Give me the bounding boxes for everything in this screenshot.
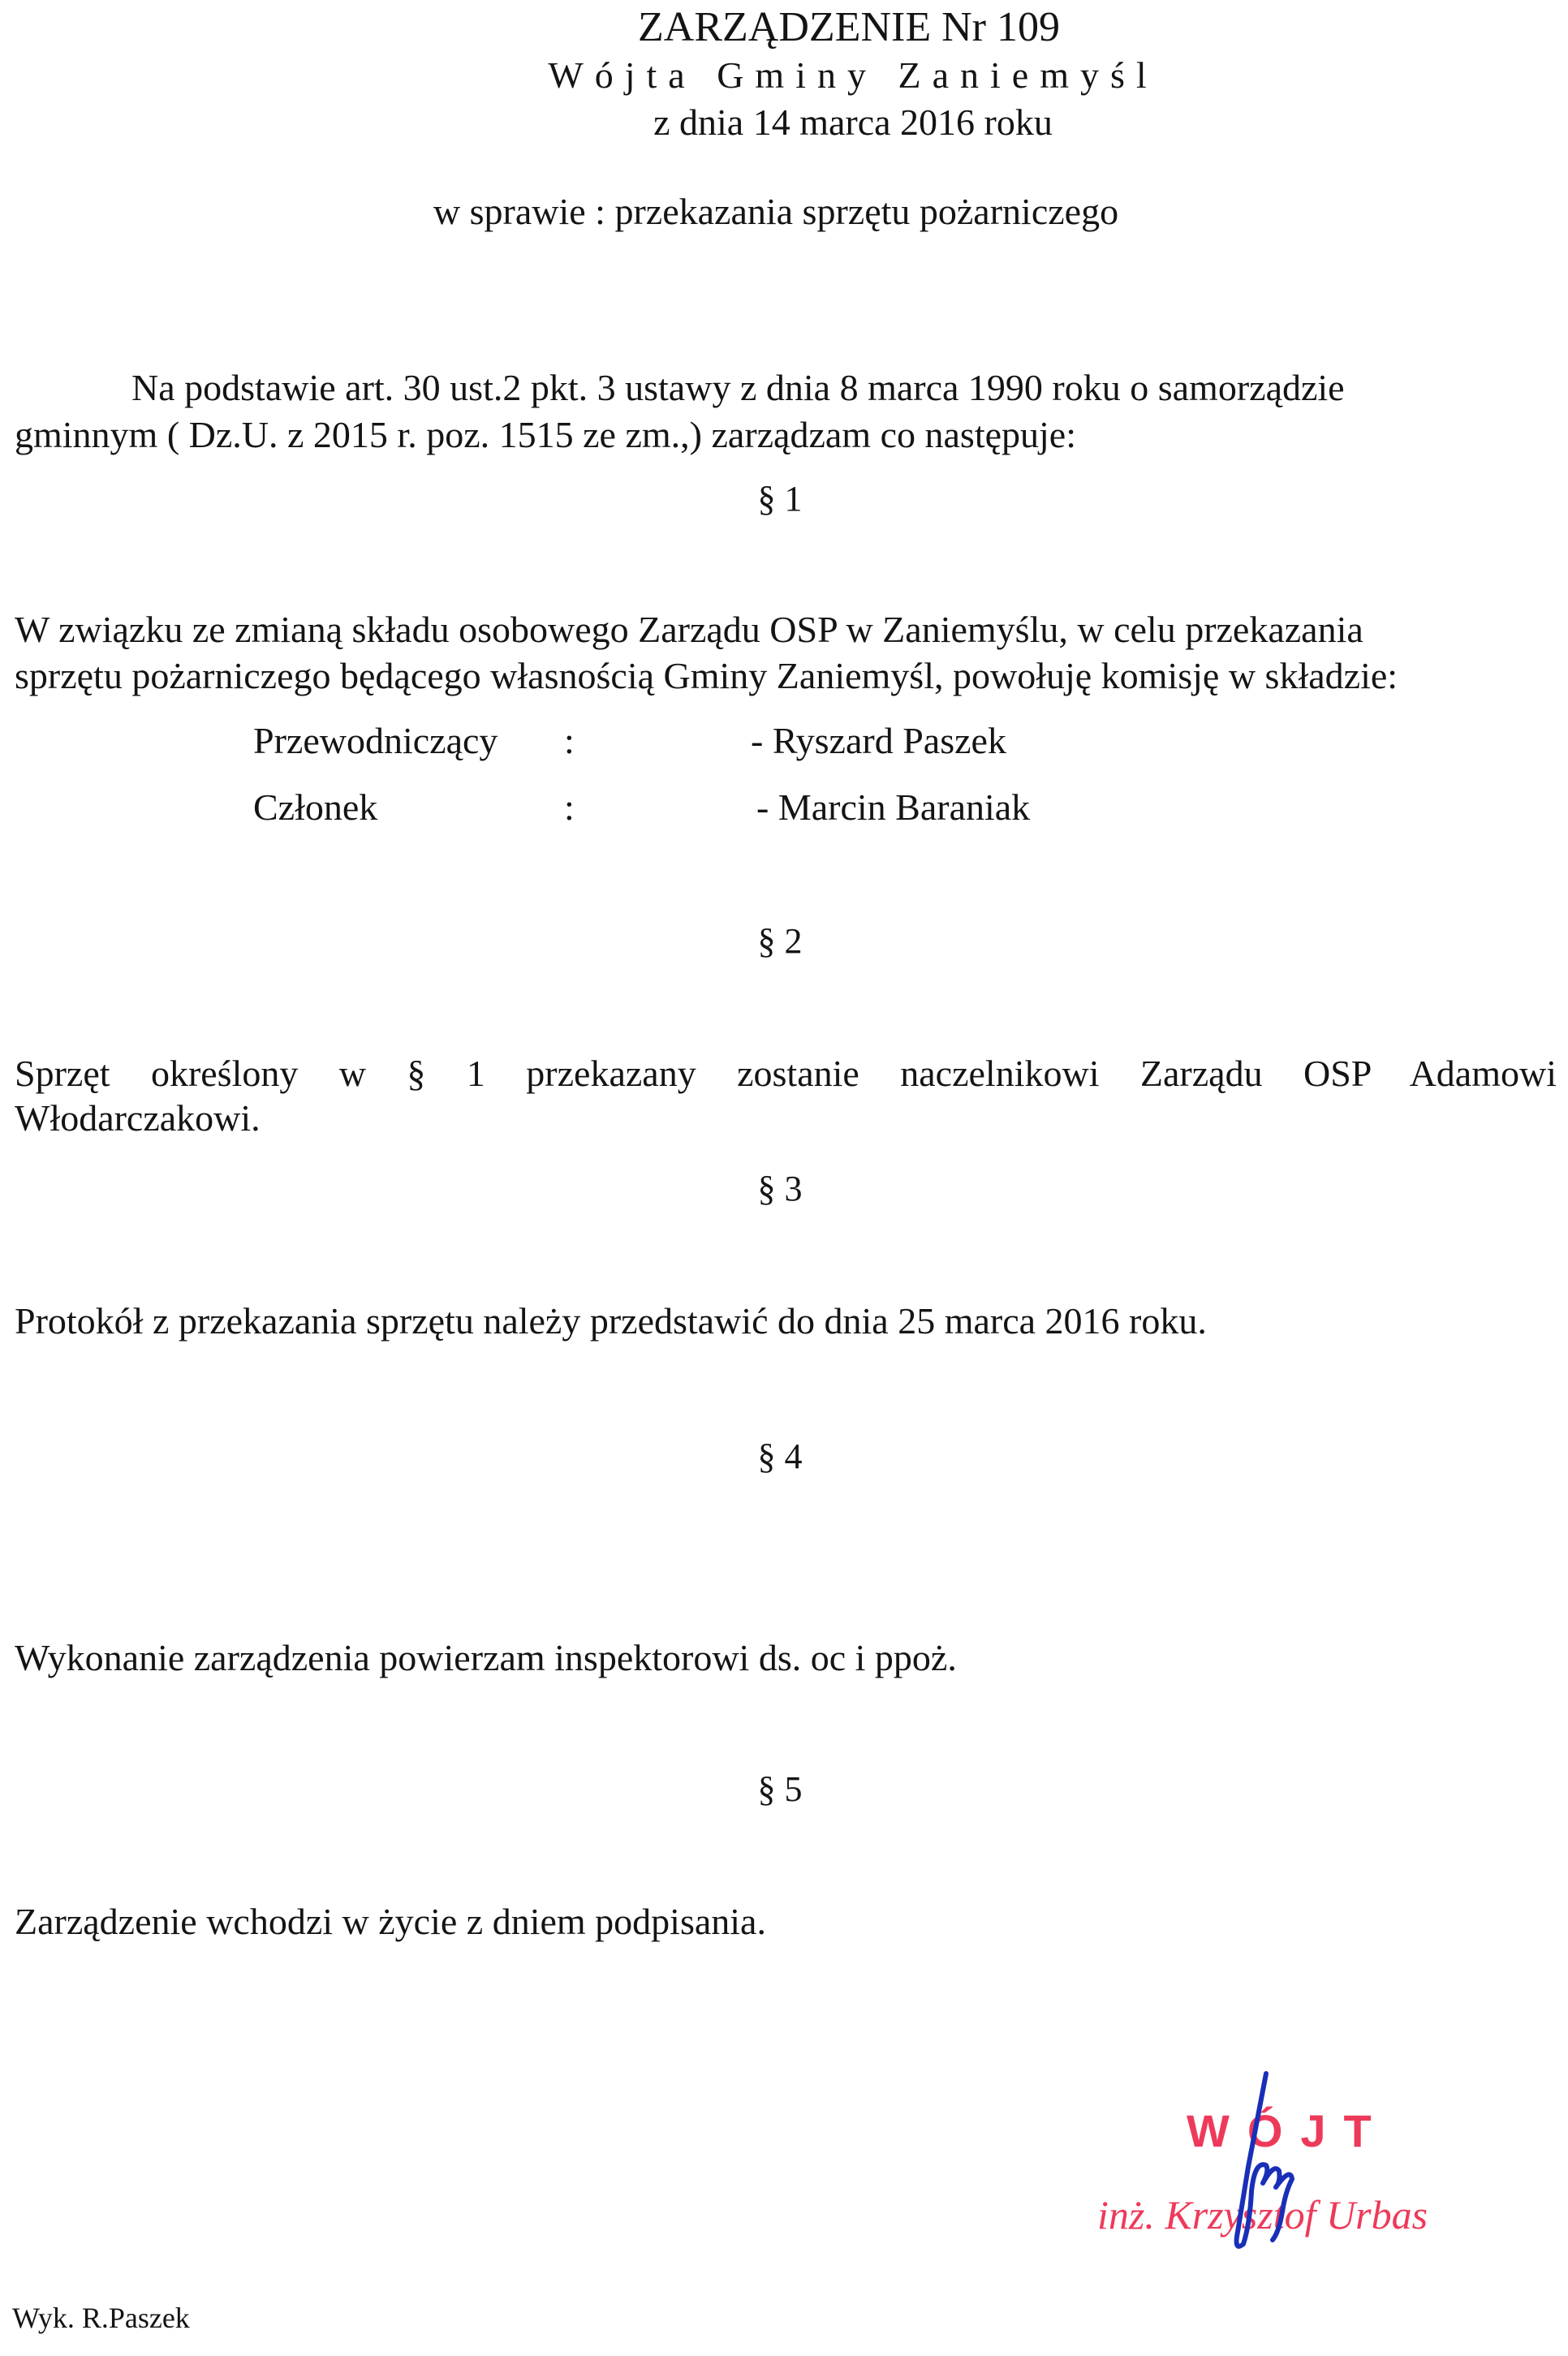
section-2-line-1: Sprzęt określony w § 1 przekazany zostan… xyxy=(15,1055,1557,1092)
subject-line: w sprawie : przekazania sprzętu pożarnic… xyxy=(0,193,1560,230)
section-1-symbol: § 1 xyxy=(0,481,1564,517)
document-title: ZARZĄDZENIE Nr 109 xyxy=(65,6,1568,49)
preamble-line-1: Na podstawie art. 30 ust.2 pkt. 3 ustawy… xyxy=(131,369,1345,407)
section-1-line-2: sprzętu pożarniczego będącego własnością… xyxy=(15,657,1398,695)
section-3-line-1: Protokół z przekazania sprzętu należy pr… xyxy=(15,1303,1207,1340)
preamble-line-2: gminnym ( Dz.U. z 2015 r. poz. 1515 ze z… xyxy=(15,416,1076,454)
commission-role-member: Członek xyxy=(253,789,377,826)
commission-name-chair: - Ryszard Paszek xyxy=(751,722,1006,760)
section-4-symbol: § 4 xyxy=(0,1439,1564,1475)
date-line: z dnia 14 marca 2016 roku xyxy=(69,104,1568,141)
commission-role-chair: Przewodniczący xyxy=(253,722,498,760)
prepared-by: Wyk. R.Paszek xyxy=(12,2303,190,2332)
commission-sep-member: : xyxy=(564,789,575,826)
section-5-symbol: § 5 xyxy=(0,1772,1564,1807)
section-2-line-2: Włodarczakowi. xyxy=(15,1100,261,1137)
section-4-line-1: Wykonanie zarządzenia powierzam inspekto… xyxy=(15,1639,957,1677)
section-1-line-1: W związku ze zmianą składu osobowego Zar… xyxy=(15,611,1363,648)
issuer-line: Wójta Gminy Zaniemyśl xyxy=(69,57,1568,94)
commission-sep-chair: : xyxy=(564,722,575,760)
commission-name-member: - Marcin Baraniak xyxy=(756,789,1030,826)
section-5-line-1: Zarządzenie wchodzi w życie z dniem podp… xyxy=(15,1903,766,1940)
section-3-symbol: § 3 xyxy=(0,1171,1564,1207)
handwritten-signature-icon xyxy=(1201,2070,1323,2264)
section-2-symbol: § 2 xyxy=(0,924,1564,959)
